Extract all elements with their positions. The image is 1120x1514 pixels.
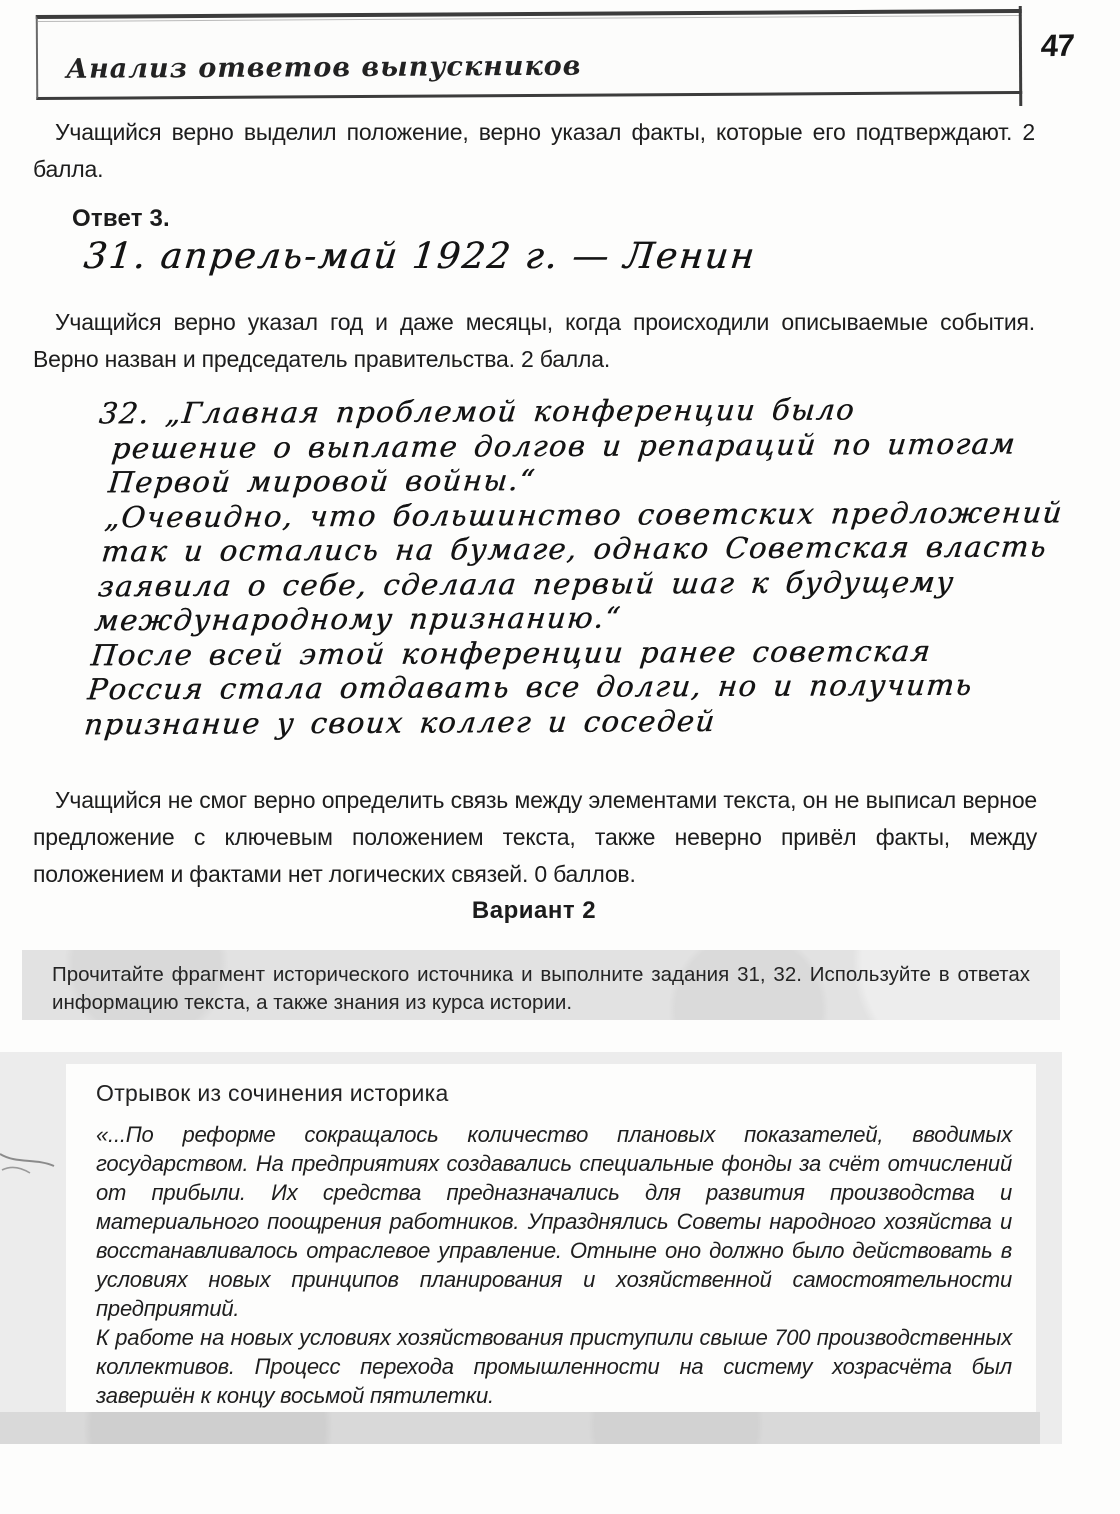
handwritten-line: признание у своих коллег и соседей (83, 702, 1001, 741)
analysis-paragraph-1: Учащийся верно выделил положение, верно … (33, 114, 1035, 188)
handwritten-answer-32: 32. „Главная проблемой конференции былор… (67, 392, 1032, 742)
handwritten-line: международному признанию.“ (93, 599, 1011, 638)
excerpt-paragraph: «...По реформе сокращалось количество пл… (96, 1120, 1012, 1323)
handwritten-line: Россия стала отдавать все долги, но и по… (86, 668, 1004, 707)
scanned-textbook-page: Анализ ответов выпускников 47 Учащийся в… (0, 0, 1120, 1514)
excerpt-title: Отрывок из сочинения историка (96, 1080, 449, 1107)
answer-3-heading: Ответ 3. (72, 205, 170, 233)
instruction-box: Прочитайте фрагмент исторического источн… (22, 950, 1060, 1020)
handwritten-line: 32. „Главная проблемой конференции было (98, 392, 1032, 431)
excerpt-paragraph: К работе на новых условиях хозяйствовани… (96, 1323, 1012, 1410)
pen-scribble-mark (0, 1128, 70, 1188)
handwritten-line: Первой мировой войны.“ (107, 461, 1025, 500)
handwritten-line: так и остались на бумаге, однако Советск… (100, 530, 1018, 569)
handwritten-line: „Очевидно, что большинство советских пре… (103, 495, 1021, 534)
running-header-title: Анализ ответов выпускников (66, 51, 582, 85)
running-header: Анализ ответов выпускников (36, 9, 1023, 100)
page-number: 47 (1040, 28, 1075, 65)
excerpt-text: «...По реформе сокращалось количество пл… (96, 1120, 1012, 1410)
variant-2-heading: Вариант 2 (33, 897, 1035, 925)
excerpt-box: Отрывок из сочинения историка «...По реф… (66, 1064, 1036, 1412)
instruction-text: Прочитайте фрагмент исторического источн… (22, 950, 1060, 1017)
excerpt-panel: Отрывок из сочинения историка «...По реф… (0, 1052, 1062, 1444)
analysis-paragraph-3: Учащийся не смог верно определить связь … (33, 782, 1037, 893)
handwritten-line: После всей этой конференции ранее советс… (89, 633, 1007, 672)
analysis-paragraph-2: Учащийся верно указал год и даже месяцы,… (33, 304, 1035, 378)
handwritten-line: заявила о себе, сделала первый шаг к буд… (96, 564, 1014, 603)
panel-bottom-shadow (0, 1412, 1040, 1444)
handwritten-line: решение о выплате долгов и репараций по … (110, 426, 1028, 465)
handwritten-answer-31: 31. апрель-май 1922 г. — Ленин (82, 236, 758, 277)
header-divider-line (1019, 6, 1023, 106)
